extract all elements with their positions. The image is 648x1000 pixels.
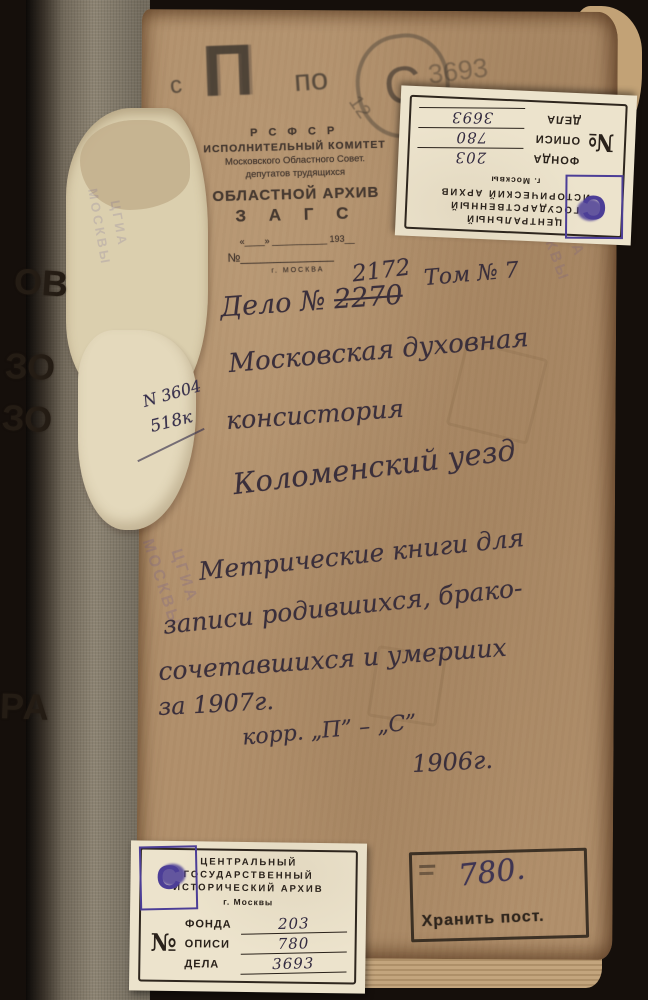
field-name: ФОНДА xyxy=(523,149,580,165)
label-fields: № ФОНДА 203 ОПИСИ 780 ДЕЛА 3693 xyxy=(148,912,347,975)
stamp-keep-text: Хранить пост. xyxy=(421,908,545,931)
ink-blot xyxy=(159,864,185,887)
pencil-word-po: по xyxy=(293,61,329,99)
ink-blot xyxy=(577,199,603,221)
spine-marking: ЗО xyxy=(4,345,56,389)
field-value-handwritten: 780 xyxy=(418,127,524,145)
spine-marking: ОВ xyxy=(13,260,70,306)
handwritten-line: 1906г. xyxy=(411,746,493,778)
field-value-handwritten: 203 xyxy=(241,916,347,935)
label-frame: С ЦЕНТРАЛЬНЫЙ ГОСУДАРСТВЕННЫЙ ИСТОРИЧЕСК… xyxy=(404,94,628,238)
spine-marking: ЗО xyxy=(1,397,53,442)
archive-label-bottom: С ЦЕНТРАЛЬНЫЙ ГОСУДАРСТВЕННЫЙ ИСТОРИЧЕСК… xyxy=(129,840,367,994)
purple-c-stamp: С xyxy=(139,845,198,910)
field-value-handwritten: 3693 xyxy=(240,956,346,975)
field-value-handwritten: 780 xyxy=(241,936,347,955)
field-name: ДЕЛА xyxy=(525,109,582,125)
field-name: ОПИСИ xyxy=(185,939,241,954)
spine-marking: РА xyxy=(0,685,52,729)
pencil-letter-from: П xyxy=(201,29,256,113)
stamp-line-deputies: депутатов трудящихся xyxy=(197,165,393,181)
case-number-old-crossed: 2270 xyxy=(333,280,404,316)
field-row-fond: ФОНДА 203 xyxy=(417,145,579,169)
field-value-handwritten: 3693 xyxy=(419,107,525,125)
stamp-line-date-blank: «____» ___________ 193__ xyxy=(199,232,395,247)
label-frame: С ЦЕНТРАЛЬНЫЙ ГОСУДАРСТВЕННЫЙ ИСТОРИЧЕСК… xyxy=(138,847,358,984)
illegible-small-text xyxy=(419,865,435,868)
field-row-fond: ФОНДА 203 xyxy=(185,916,347,935)
field-row-opis: ОПИСИ 780 xyxy=(185,936,347,955)
illegible-small-text xyxy=(419,872,433,875)
purple-c-stamp: С xyxy=(565,175,624,240)
label-fields: № ФОНДА 203 ОПИСИ 780 ДЕЛА 3693 xyxy=(417,105,617,174)
field-name: ОПИСИ xyxy=(524,129,581,145)
label-field-rows: ФОНДА 203 ОПИСИ 780 ДЕЛА 3693 xyxy=(184,913,347,975)
archive-label-top: С ЦЕНТРАЛЬНЫЙ ГОСУДАРСТВЕННЫЙ ИСТОРИЧЕСК… xyxy=(395,85,637,246)
field-name: ФОНДА xyxy=(185,919,241,934)
oblast-archive-ink-stamp: Р С Ф С Р ИСПОЛНИТЕЛЬНЫЙ КОМИТЕТ Московс… xyxy=(196,123,396,276)
label-field-rows: ФОНДА 203 ОПИСИ 780 ДЕЛА 3693 xyxy=(417,105,581,172)
archival-book-cover-photo: ЦГИА МОСКВЫ ЦГИА МОСКВЫ ЦГИА МОСКВЫ ОВ З… xyxy=(0,0,648,1000)
numero-sign: № xyxy=(587,128,614,158)
stamp-handwritten-number: 780. xyxy=(457,852,527,894)
keep-permanently-stamp: 780. Хранить пост. xyxy=(409,848,589,943)
field-row-delo: ДЕЛА 3693 xyxy=(184,956,346,975)
stamp-line-zags: З А Г С xyxy=(198,202,394,227)
numero-sign: № xyxy=(150,928,176,957)
field-name: ДЕЛА xyxy=(184,959,240,974)
field-value-handwritten: 203 xyxy=(417,147,523,165)
